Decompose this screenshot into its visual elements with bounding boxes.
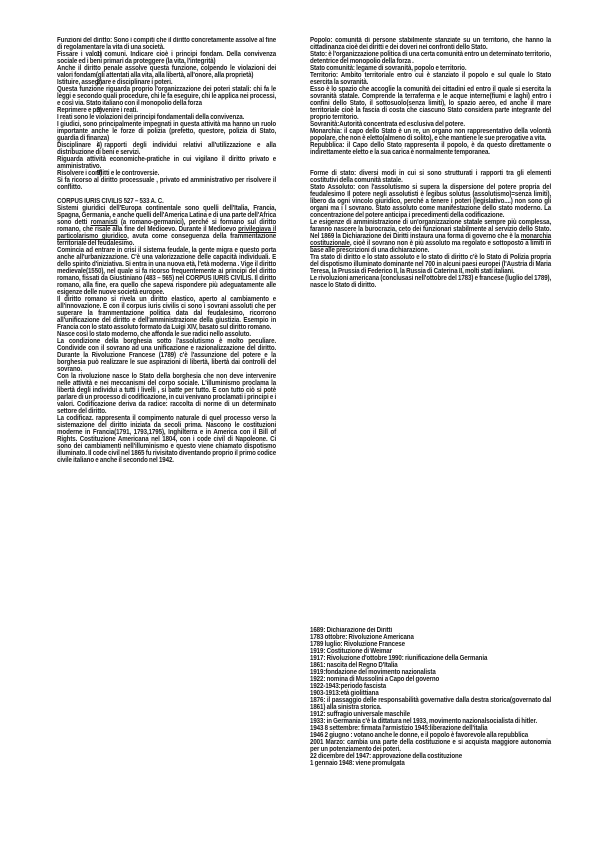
paragraph: Stato comunità: legame di sovranità, pop… — [310, 65, 551, 72]
timeline-entry: 1789 luglio: Rivoluzione Francese — [310, 641, 551, 648]
paragraph: Con la rivoluzione nasce lo Stato della … — [57, 373, 276, 415]
paragraph: Riguarda attività economiche-pratiche in… — [57, 156, 276, 170]
right-column: Popolo: comunità di persone stabilmente … — [310, 37, 551, 289]
timeline-section: 1689: Dichiarazione dei Diritti 1783 ott… — [310, 627, 551, 767]
timeline-entry: 1917: Rivoluzione d'ottobre 1990: riunif… — [310, 655, 551, 662]
paragraph: Sovranità:Autorità concentrata ed esclus… — [310, 121, 551, 128]
list-item: 4) Disciplinare i rapporti degli individ… — [57, 142, 276, 156]
paragraph: Stato: è l'organizzazione politica di un… — [310, 51, 551, 65]
timeline-entry: 1933: in Germania c'è la dittatura nel 1… — [310, 718, 551, 725]
paragraph: Comincia ad entrare in crisi il sistema … — [57, 247, 276, 296]
list-item: 3) Reprimere e prevenire i reati. — [57, 107, 276, 114]
list-item-text: Istituire, assegnare e disciplinare i po… — [57, 79, 172, 86]
underlined-term: romanisti — [91, 219, 118, 226]
paragraph: Sistemi giuridici dell'Europa continenta… — [57, 205, 276, 247]
timeline-entry: 1 gennaio 1948: viene promulgata — [310, 760, 551, 767]
timeline-entry: 1919: Costituzione di Weimar — [310, 648, 551, 655]
paragraph: I reati sono le violazioni dei principi … — [57, 114, 276, 121]
timeline-entry: 1919:fondazione del movimento nazionalis… — [310, 669, 551, 676]
list-item-number: 4) — [97, 142, 102, 149]
paragraph: Funzioni del diritto: Sono i compiti che… — [57, 37, 276, 51]
list-item-number: 1) — [97, 51, 102, 58]
list-item-text: Fissare i valori comuni. Indicare cioè i… — [57, 51, 276, 65]
section-heading: CORPUS IURIS CIVILIS 527 – 533 A. C. — [57, 198, 276, 205]
list-item: 2) Istituire, assegnare e disciplinare i… — [57, 79, 276, 86]
paragraph: Monarchia: il capo dello Stato è un re, … — [310, 128, 551, 142]
paragraph: Anche il diritto penale assolve questa f… — [57, 65, 276, 79]
list-item-text: Disciplinare i rapporti degli individui … — [57, 142, 276, 156]
timeline-entry: 1922: nomina di Mussolini a Capo del gov… — [310, 676, 551, 683]
paragraph: Popolo: comunità di persone stabilmente … — [310, 37, 551, 51]
timeline-entry: 22 dicembre del 1947: approvazione della… — [310, 753, 551, 760]
paragraph: La codificaz. rappresenta il compimento … — [57, 415, 276, 464]
list-item: 1) Fissare i valori comuni. Indicare cio… — [57, 51, 276, 65]
list-item: 5) Risolvere i conflitti e le controvers… — [57, 170, 276, 177]
paragraph: Le esigenze di amministrazione di un'org… — [310, 219, 551, 254]
list-item-number: 2) — [97, 79, 102, 86]
list-item-number: 5) — [97, 170, 102, 177]
paragraph: I giudici, sono principalmente impegnati… — [57, 121, 276, 142]
list-item-text: Risolvere i conflitti e le controversie. — [57, 170, 159, 177]
paragraph: Si fa ricorso al diritto processuale , p… — [57, 177, 276, 191]
timeline-entry: 1689: Dichiarazione dei Diritti — [310, 627, 551, 634]
paragraph: Tra stato di diritto e lo stato assoluto… — [310, 254, 551, 275]
document-page: Funzioni del diritto: Sono i compiti che… — [0, 0, 596, 842]
timeline-entry: 1903-1913:età giolittiana — [310, 690, 551, 697]
paragraph: Nasce così lo stato moderno, che affonda… — [57, 331, 276, 338]
paragraph: Stato Assoluto: con l'assolutismo si sup… — [310, 184, 551, 219]
timeline-entry: 1783 ottobre: Rivoluzione Americana — [310, 634, 551, 641]
timeline-entry: 1861: nascita del Regno D'Italia — [310, 662, 551, 669]
left-column: Funzioni del diritto: Sono i compiti che… — [57, 37, 276, 464]
timeline-entry: 1876: il passaggio delle responsabilità … — [310, 697, 551, 711]
paragraph: Questa funzione riguarda proprio l'organ… — [57, 86, 276, 107]
paragraph: Le rivoluzioni americana (conclusasi nel… — [310, 275, 551, 289]
timeline-entry: 2001 Marzo: cambia una parte della costi… — [310, 739, 551, 753]
paragraph: Territorio: Ambito territoriale entro cu… — [310, 72, 551, 86]
timeline-entry: 1922-1943:periodo fascista — [310, 683, 551, 690]
paragraph: Repubblica: il Capo dello Stato rapprese… — [310, 142, 551, 156]
paragraph: Forme di stato: diversi modi in cui si s… — [310, 170, 551, 184]
paragraph: La condizione della borghesia sotto l'as… — [57, 338, 276, 373]
text-run: Le esigenze di amministrazione di un'org… — [310, 219, 551, 240]
paragraph: Il diritto romano si rivela un diritto e… — [57, 296, 276, 331]
list-item-number: 3) — [97, 107, 102, 114]
timeline-entry: 1943 8 settembre: firmata l'armistizio 1… — [310, 725, 551, 732]
timeline-entry: 1946 2 giugno : votano anche le donne, e… — [310, 732, 551, 739]
timeline-entry: 1912: suffragio universale maschile — [310, 711, 551, 718]
paragraph: Esso è lo spazio che accoglie la comunit… — [310, 86, 551, 121]
